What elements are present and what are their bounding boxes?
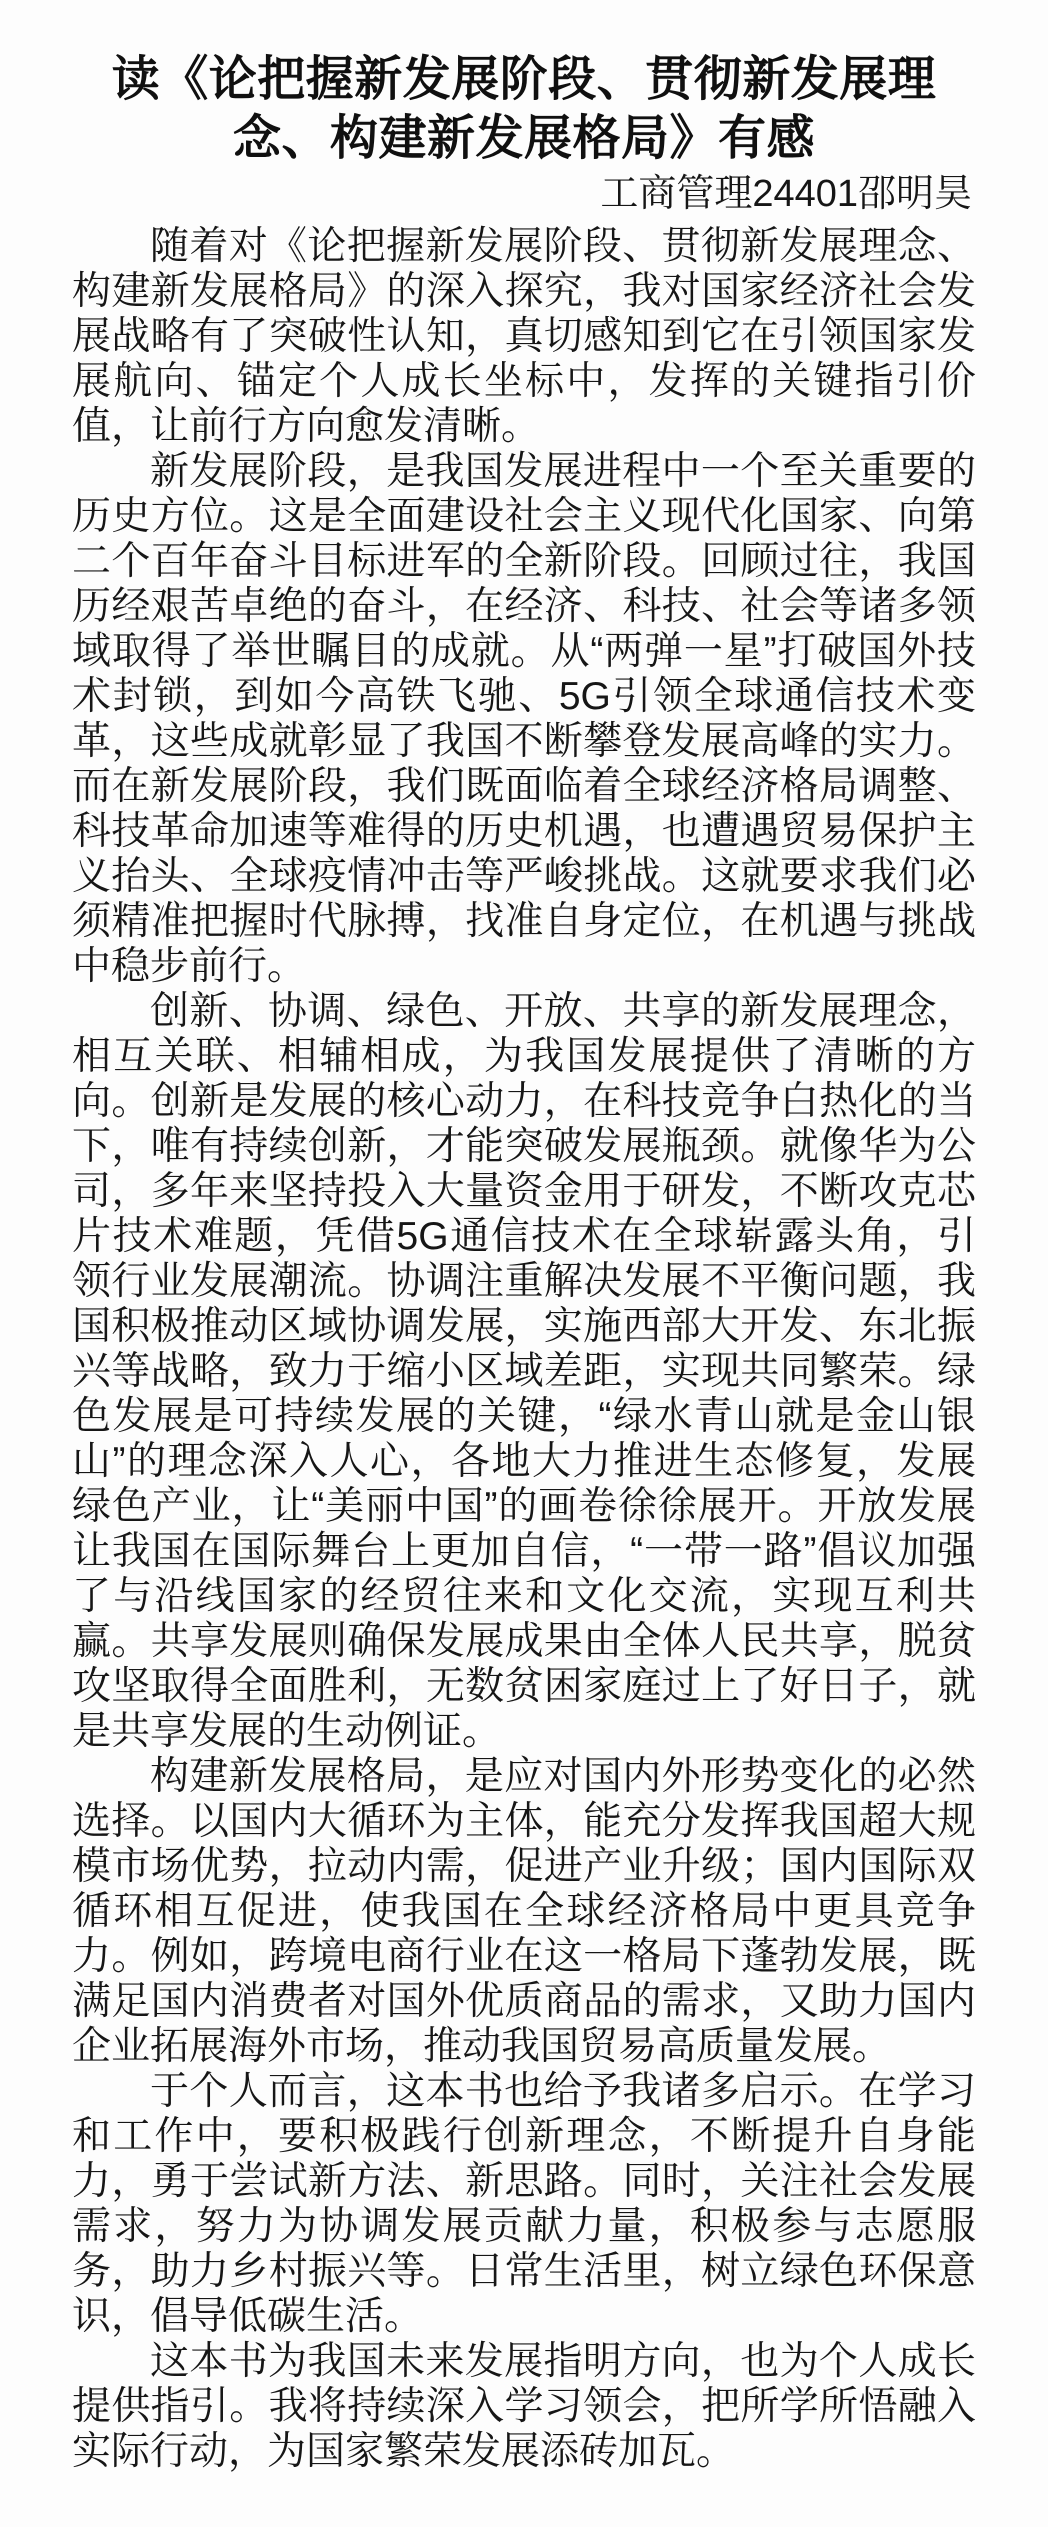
paragraph-personal-insights: 于个人而言，这本书也给予我诸多启示。在学习和工作中，要积极践行创新理念，不断提升… — [72, 2069, 976, 2339]
document-body: 随着对《论把握新发展阶段、贯彻新发展理念、构建新发展格局》的深入探究，我对国家经… — [72, 224, 976, 2474]
paragraph-new-development-pattern: 构建新发展格局，是应对国内外形势变化的必然选择。以国内大循环为主体，能充分发挥我… — [72, 1754, 976, 2069]
document-page: 读《论把握新发展阶段、贯彻新发展理念、构建新发展格局》有感 工商管理24401邵… — [0, 0, 1048, 2527]
document-title: 读《论把握新发展阶段、贯彻新发展理念、构建新发展格局》有感 — [72, 50, 976, 168]
paragraph-intro: 随着对《论把握新发展阶段、贯彻新发展理念、构建新发展格局》的深入探究，我对国家经… — [72, 224, 976, 449]
paragraph-new-development-stage: 新发展阶段，是我国发展进程中一个至关重要的历史方位。这是全面建设社会主义现代化国… — [72, 449, 976, 989]
paragraph-conclusion: 这本书为我国未来发展指明方向，也为个人成长提供指引。我将持续深入学习领会，把所学… — [72, 2339, 976, 2474]
author-line: 工商管理24401邵明昊 — [72, 170, 972, 218]
paragraph-new-development-concepts: 创新、协调、绿色、开放、共享的新发展理念，相互关联、相辅相成，为我国发展提供了清… — [72, 989, 976, 1754]
